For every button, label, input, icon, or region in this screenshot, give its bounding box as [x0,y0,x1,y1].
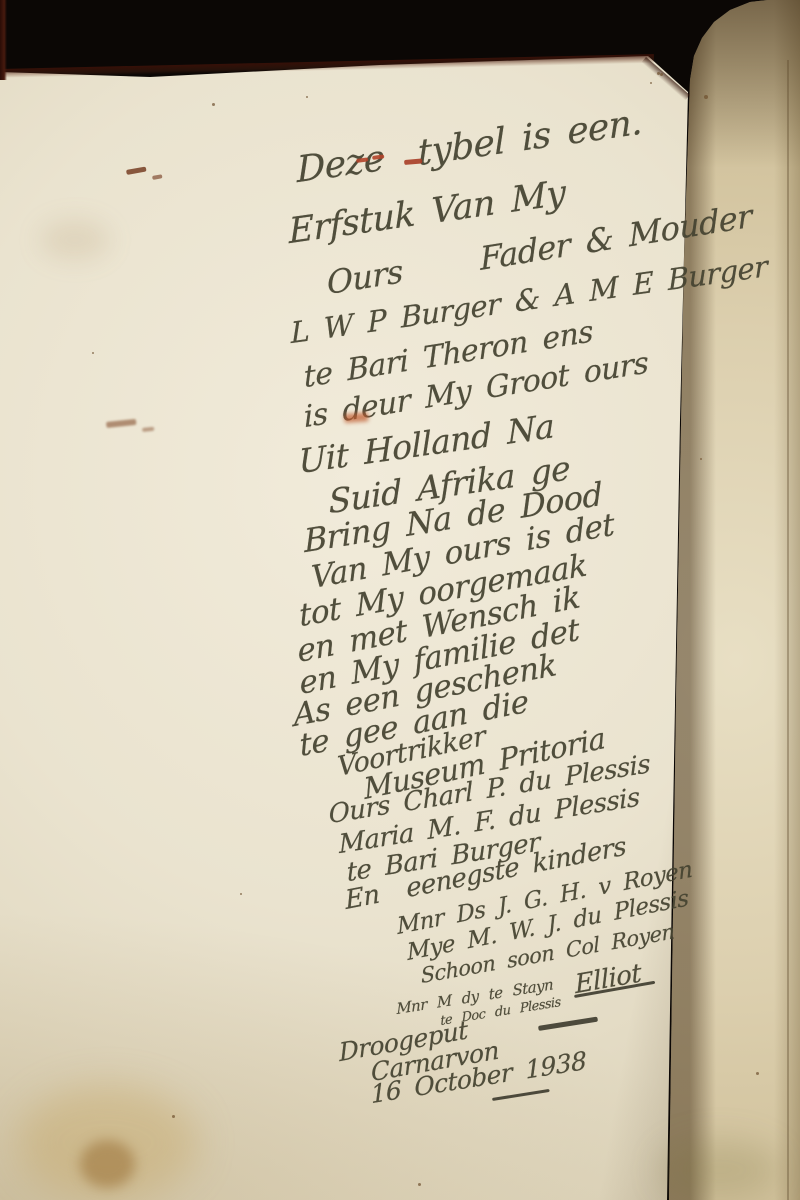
spine-edge [0,0,7,80]
foxing-speck-9 [418,1183,421,1186]
foxing-speck-4 [650,82,652,84]
book-photo: Deze tybel is een.Erfstuk Van MyOurs Fad… [0,0,800,1200]
page-stain-2 [80,1140,135,1188]
foxing-speck-12 [306,96,308,98]
foxing-speck-3 [660,73,663,76]
foxing-speck-5 [172,1115,175,1118]
foxing-speck-10 [700,458,702,460]
foxing-speck-11 [657,72,660,75]
foxing-speck-6 [756,1072,759,1075]
page-stain-3 [660,1140,780,1200]
foxing-speck-2 [704,95,708,99]
page-stain-4 [40,220,110,260]
foxing-speck-1 [212,103,215,106]
page-edge-seam [787,60,789,1200]
foxing-speck-8 [240,893,242,895]
foxing-speck-7 [92,352,94,354]
red-ink-mark-4 [344,412,369,423]
